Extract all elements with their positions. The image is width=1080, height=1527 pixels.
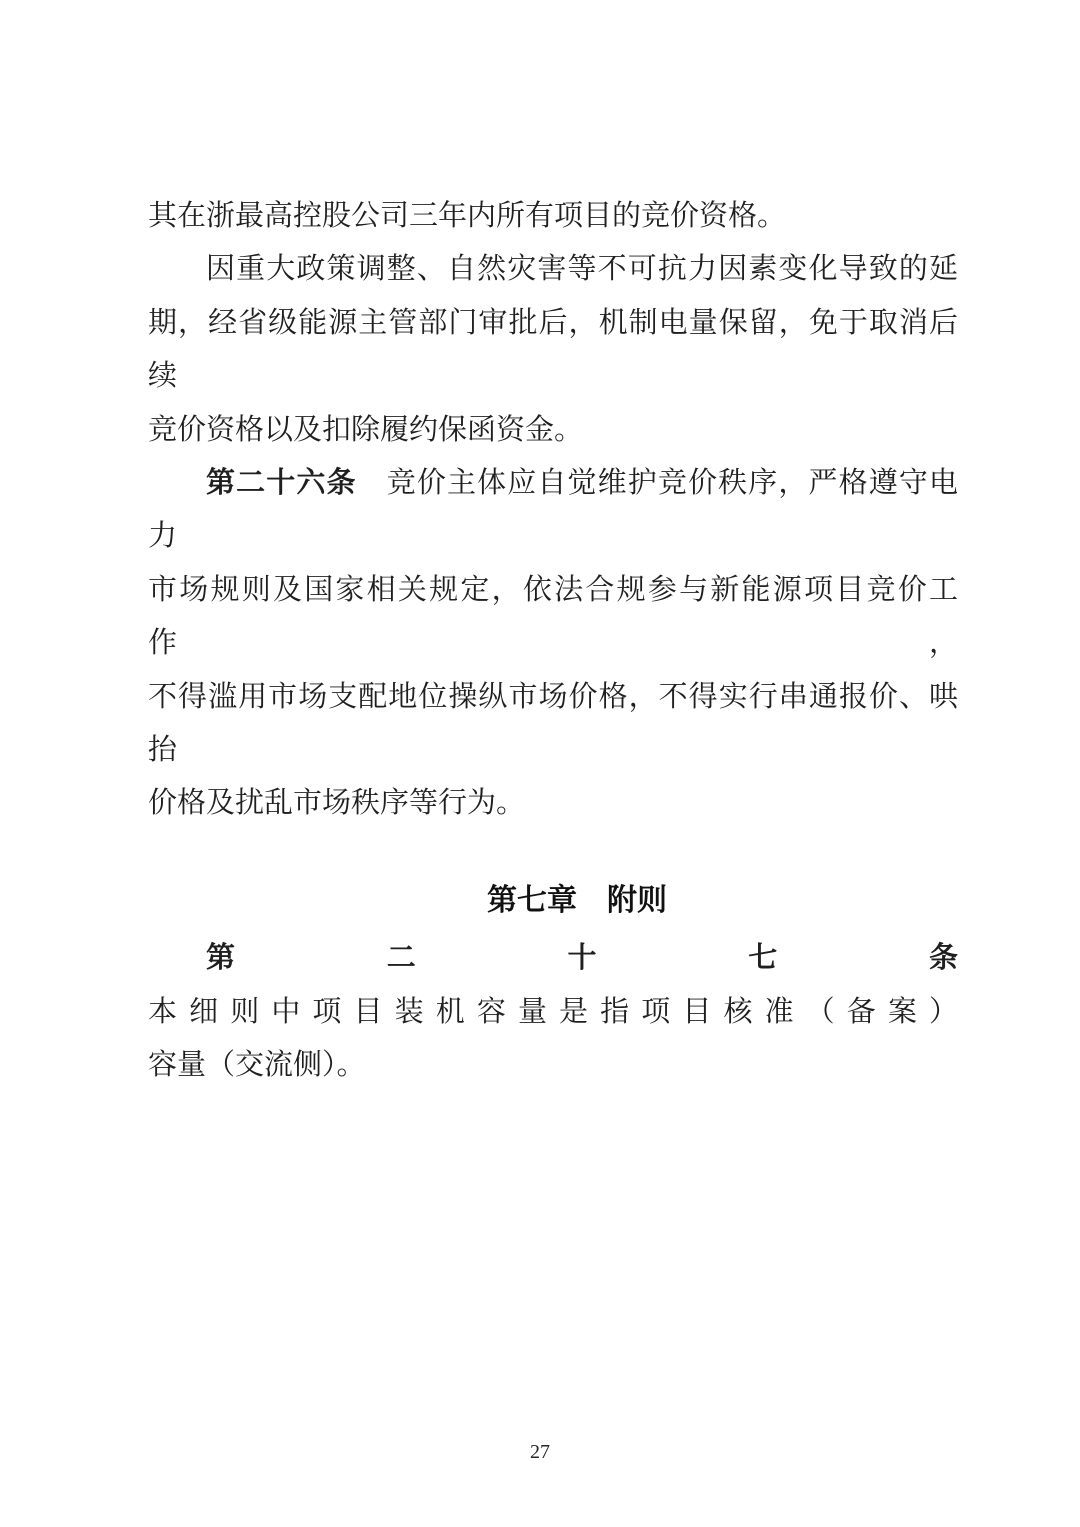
text-line: 容量（交流侧）。	[148, 1039, 958, 1092]
chapter-heading: 第七章 附则	[172, 874, 982, 927]
text-line: 因重大政策调整、自然灾害等不可抗力因素变化导致的延	[148, 243, 958, 296]
body-paragraphs: 其在浙最高控股公司三年内所有项目的竞价资格。因重大政策调整、自然灾害等不可抗力因…	[148, 190, 958, 831]
text-line: 其在浙最高控股公司三年内所有项目的竞价资格。	[148, 190, 958, 243]
article-number: 第二十七条	[206, 942, 987, 974]
page-number: 27	[0, 1441, 1080, 1464]
closing-paragraph: 第二十七条 本细则中项目装机容量是指项目核准（备案）容量（交流侧）。	[148, 932, 958, 1092]
article-number: 第二十六条	[206, 467, 387, 499]
text-line: 期，经省级能源主管部门审批后，机制电量保留，免于取消后续	[148, 297, 958, 404]
text-line: 第二十七条 本细则中项目装机容量是指项目核准（备案）	[148, 932, 958, 1039]
text-line: 价格及扰乱市场秩序等行为。	[148, 777, 958, 830]
text-line: 不得滥用市场支配地位操纵市场价格，不得实行串通报价、哄抬	[148, 671, 958, 778]
document-page: 其在浙最高控股公司三年内所有项目的竞价资格。因重大政策调整、自然灾害等不可抗力因…	[0, 0, 1080, 1527]
text-line: 市场规则及国家相关规定，依法合规参与新能源项目竞价工作，	[148, 564, 958, 671]
text-line: 第二十六条 竞价主体应自觉维护竞价秩序，严格遵守电力	[148, 457, 958, 564]
text-line: 竞价资格以及扣除履约保函资金。	[148, 404, 958, 457]
text-content: 其在浙最高控股公司三年内所有项目的竞价资格。因重大政策调整、自然灾害等不可抗力因…	[148, 190, 958, 1093]
